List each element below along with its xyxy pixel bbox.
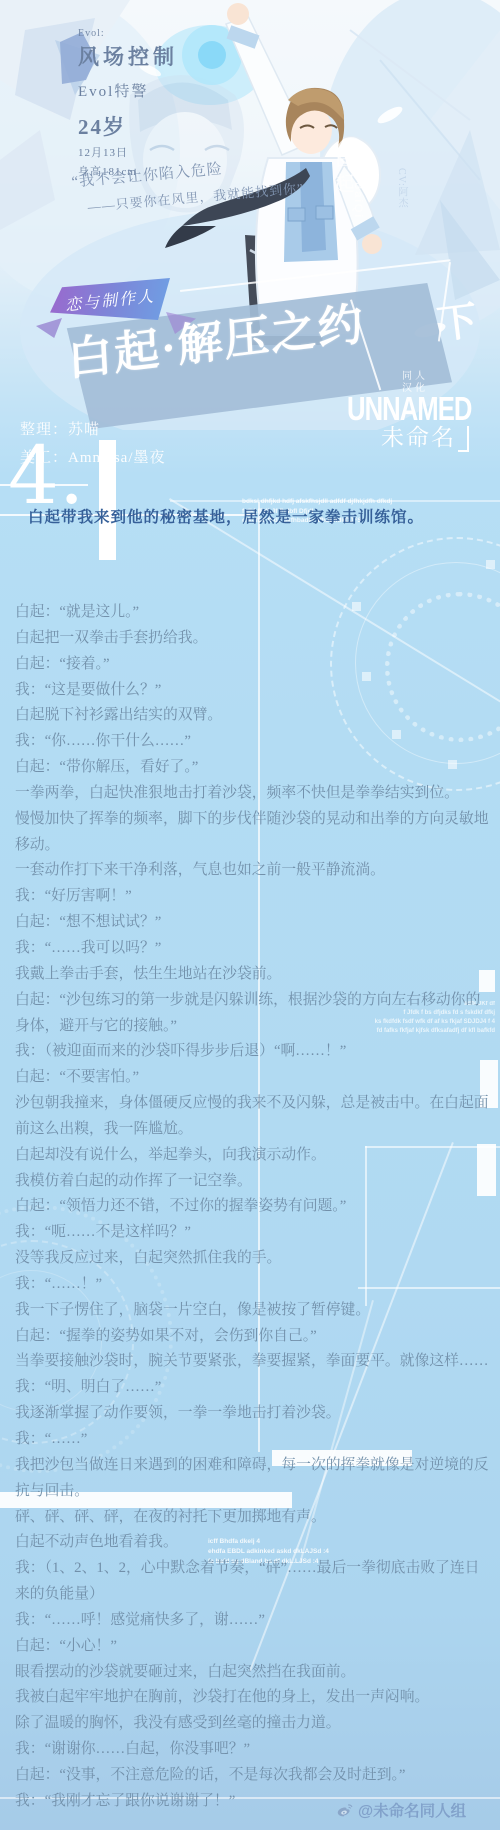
watermark: @未命名同人组 bbox=[336, 1799, 466, 1821]
character-info-card: Evol: 风场控制 Evol特警 24岁 12月13日 身高181cm bbox=[78, 28, 228, 179]
evol-power: 风场控制 bbox=[78, 41, 228, 71]
story-paragraph: 我：“你……你干什么……” bbox=[15, 729, 493, 755]
story-paragraph: 我：“这是要做什么？” bbox=[15, 678, 493, 704]
character-age: 24岁 bbox=[78, 111, 228, 141]
deco-hline bbox=[170, 500, 500, 502]
character-job: Evol特警 bbox=[78, 80, 228, 101]
story-paragraph: 我：“明、明白了……” bbox=[15, 1375, 493, 1401]
story-paragraph: 白起：“就是这儿。” bbox=[15, 600, 493, 626]
story-paragraph: 当拳要接触沙袋时，腕关节要紧张，拳要握紧，拳面要平。就像这样…… bbox=[15, 1349, 493, 1375]
franchise-name: 恋与制作人 bbox=[64, 283, 156, 315]
story-paragraph: 白起却没有说什么，举起拳头，向我演示动作。 bbox=[15, 1143, 493, 1169]
story-paragraph: 我：“……” bbox=[15, 1427, 493, 1453]
evol-label: Evol: bbox=[78, 28, 228, 39]
story-paragraph: 我被白起牢牢地护在胸前，沙袋打在他的身上，发出一声闷响。 bbox=[15, 1685, 493, 1711]
group-logo-cn: 未命名 bbox=[381, 419, 469, 452]
story-paragraph: 我模仿着白起的动作挥了一记空拳。 bbox=[15, 1169, 493, 1195]
section-intro: 白起带我来到他的秘密基地，居然是一家拳击训练馆。 bbox=[28, 505, 480, 527]
story-text: 白起：“就是这儿。”白起把一双拳击手套扔给我。白起：“接着。”我：“这是要做什么… bbox=[15, 600, 493, 1815]
story-paragraph: 我：“谢谢你……白起，你没事吧？” bbox=[15, 1737, 493, 1763]
story-paragraph: 我：“……呼！感觉痛快多了，谢……” bbox=[15, 1608, 493, 1634]
character-cv: CV:阿杰 bbox=[394, 168, 409, 209]
group-name-cn: 未命名 bbox=[381, 419, 456, 452]
story-paragraph: 我把沙包当做连日来遇到的困难和障碍，每一次的挥拳就像是对逆境的反抗与回击。 bbox=[15, 1453, 493, 1505]
story-paragraph: 慢慢加快了挥拳的频率，脚下的步伐伴随沙袋的晃动和出拳的方向灵敏地移动。 bbox=[15, 807, 493, 859]
story-paragraph: 白起：“沙包练习的第一步就是闪躲训练，根据沙袋的方向左右移动你的身体，避开与它的… bbox=[15, 988, 493, 1040]
story-paragraph: 白起：“小心！” bbox=[15, 1634, 493, 1660]
credit-artist: 美工：Amneisa/墨夜 bbox=[20, 444, 166, 472]
credit-editor: 整理：苏喵 bbox=[20, 416, 166, 444]
story-paragraph: 我戴上拳击手套，怯生生地站在沙袋前。 bbox=[15, 962, 493, 988]
story-paragraph: 白起脱下衬衫露出结实的双臂。 bbox=[15, 703, 493, 729]
story-paragraph: 白起：“想不想试试？” bbox=[15, 910, 493, 936]
story-paragraph: 我一下子愣住了，脑袋一片空白，像是被按了暂停键。 bbox=[15, 1298, 493, 1324]
weibo-icon bbox=[336, 1801, 354, 1819]
story-paragraph: 我：（被迎面而来的沙袋吓得步步后退）“啊……！” bbox=[15, 1039, 493, 1065]
story-paragraph: 我逐渐掌握了动作要领，一拳一拳地击打着沙袋。 bbox=[15, 1401, 493, 1427]
story-paragraph: 没等我反应过来，白起突然抓住我的手。 bbox=[15, 1246, 493, 1272]
story-paragraph: 白起：“握拳的姿势如果不对，会伤到你自己。” bbox=[15, 1324, 493, 1350]
watermark-text: @未命名同人组 bbox=[358, 1799, 466, 1821]
story-paragraph: 白起：“不要害怕。” bbox=[15, 1065, 493, 1091]
story-paragraph: 我：（1、2、1、2，心中默念着节奏，“砰”……最后一拳彻底击败了连日来的负能量… bbox=[15, 1556, 493, 1608]
radar-square bbox=[486, 560, 495, 569]
story-paragraph: 一套动作打下来干净利落，气息也如之前一般平静流淌。 bbox=[15, 858, 493, 884]
story-paragraph: 白起：“没事，不注意危险的话，不是每次我都会及时赶到。” bbox=[15, 1763, 493, 1789]
story-paragraph: 白起：“领悟力还不错，不过你的握拳姿势有问题。” bbox=[15, 1194, 493, 1220]
credits-block: 整理：苏喵 美工：Amneisa/墨夜 bbox=[20, 416, 166, 472]
story-paragraph: 我：“……！” bbox=[15, 1272, 493, 1298]
story-paragraph: 我：“……我可以吗？” bbox=[15, 936, 493, 962]
story-paragraph: 白起：“接着。” bbox=[15, 652, 493, 678]
character-name-roman: BaiQi bbox=[352, 182, 364, 219]
poster-page: Evol: 风场控制 Evol特警 24岁 12月13日 身高181cm “我不… bbox=[0, 0, 500, 1830]
deco-hline bbox=[0, 484, 88, 486]
title-part-label: 下 bbox=[434, 289, 481, 350]
logo-bracket bbox=[458, 426, 469, 452]
story-paragraph: 沙包朝我撞来，身体僵硬反应慢的我来不及闪躲，总是被击中。在白起面前这么出糗，我一… bbox=[15, 1091, 493, 1143]
story-paragraph: 白起不动声色地看着我。 bbox=[15, 1530, 493, 1556]
story-paragraph: 白起把一双拳击手套扔给我。 bbox=[15, 626, 493, 652]
story-paragraph: 我：“呃……不是这样吗？” bbox=[15, 1220, 493, 1246]
story-paragraph: 我：“好厉害啊！” bbox=[15, 884, 493, 910]
character-birthday: 12月13日 bbox=[78, 144, 228, 160]
story-paragraph: 一拳两拳，白起快准狠地击打着沙袋，频率不快但是拳拳结实到位。 bbox=[15, 781, 493, 807]
story-paragraph: 除了温暖的胸怀，我没有感受到丝毫的撞击力道。 bbox=[15, 1711, 493, 1737]
story-paragraph: 白起：“带你解压，看好了。” bbox=[15, 755, 493, 781]
story-paragraph: 眼看摆动的沙袋就要砸过来，白起突然挡在我面前。 bbox=[15, 1660, 493, 1686]
story-paragraph: 砰、砰、砰、砰，在夜的衬托下更加掷地有声。 bbox=[15, 1505, 493, 1531]
